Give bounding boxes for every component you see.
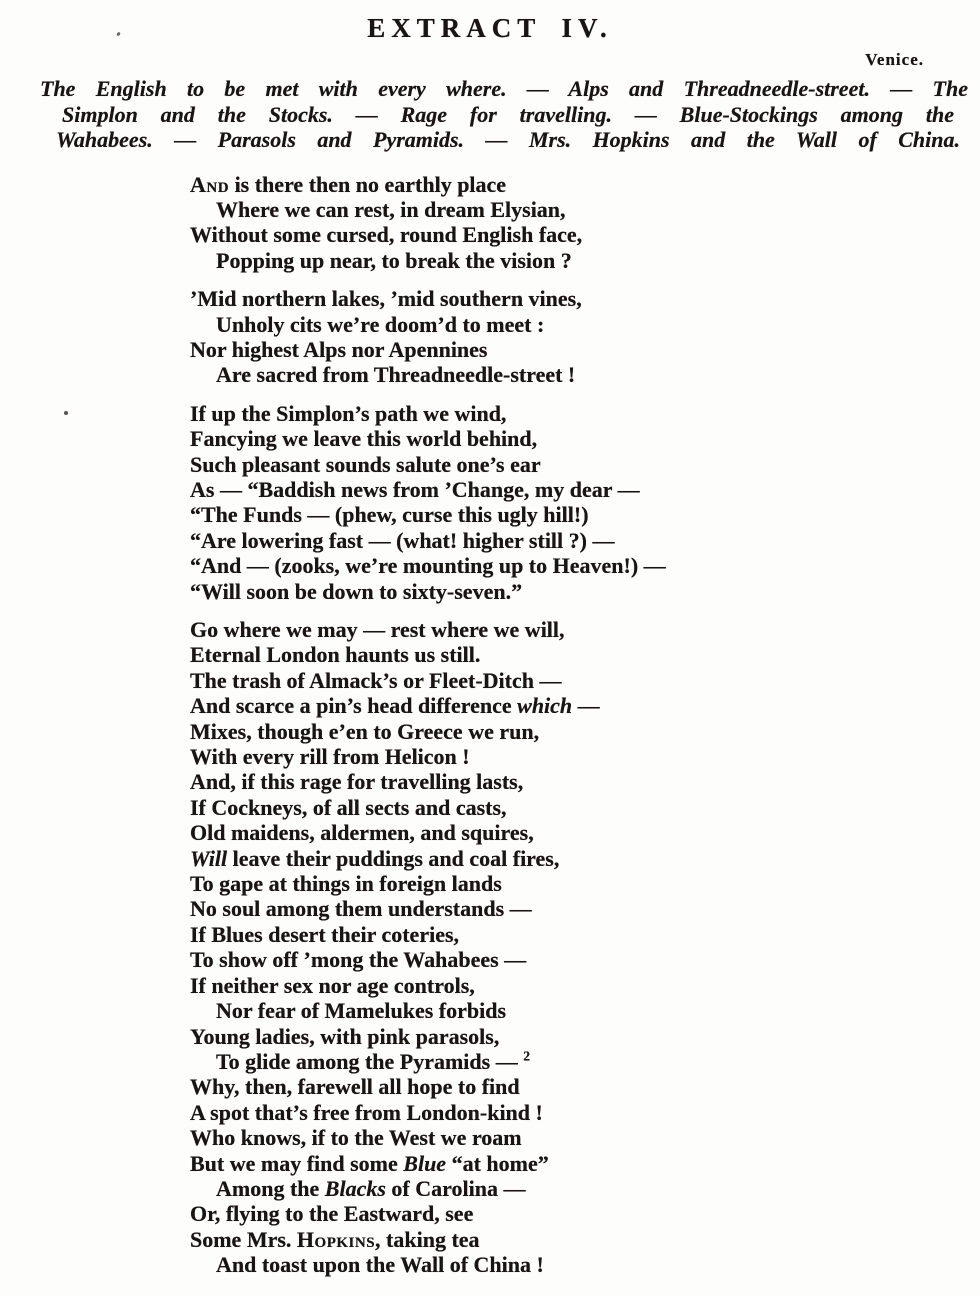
- text-run: of Carolina —: [386, 1176, 526, 1201]
- text-run: Or, flying to the Eastward, see: [190, 1201, 473, 1226]
- poem-line: To glide among the Pyramids — 2: [190, 1049, 980, 1074]
- text-run: If up the Simplon’s path we wind,: [190, 401, 506, 426]
- poem-line: If Cockneys, of all sects and casts,: [190, 795, 980, 820]
- emphasized-word: Blacks: [325, 1176, 386, 1201]
- text-run: Mixes, though e’en to Greece we run,: [190, 719, 539, 744]
- text-run: “And — (zooks, we’re mounting up to Heav…: [190, 553, 666, 578]
- poem-line: Where we can rest, in dream Elysian,: [190, 197, 980, 222]
- text-run: Nor highest Alps nor Apennines: [190, 337, 488, 362]
- text-run: , taking tea: [375, 1227, 480, 1252]
- poem-line: Popping up near, to break the vision ?: [190, 248, 980, 273]
- text-run: Nor fear of Mamelukes forbids: [216, 998, 506, 1023]
- poem-line: Young ladies, with pink parasols,: [190, 1024, 980, 1049]
- text-run: Eternal London haunts us still.: [190, 642, 480, 667]
- text-run: Old maidens, aldermen, and squires,: [190, 820, 534, 845]
- text-run: As — “Baddish news from ’Change, my dear…: [190, 477, 640, 502]
- text-run: leave their puddings and coal fires,: [227, 846, 559, 871]
- poem-line: “Are lowering fast — (what! higher still…: [190, 528, 980, 553]
- poem-line: If neither sex nor age controls,: [190, 973, 980, 998]
- text-run: And scarce a pin’s head difference: [190, 693, 517, 718]
- text-run: No soul among them understands —: [190, 896, 532, 921]
- text-run: To gape at things in foreign lands: [190, 871, 502, 896]
- poem-line: With every rill from Helicon !: [190, 744, 980, 769]
- text-run: And toast upon the Wall of China !: [216, 1252, 544, 1277]
- poem-line: If up the Simplon’s path we wind,: [190, 401, 980, 426]
- poem-line: Go where we may — rest where we will,: [190, 617, 980, 642]
- poem-line: Without some cursed, round English face,: [190, 222, 980, 247]
- poem-line: And scarce a pin’s head difference which…: [190, 693, 980, 718]
- poem-line: A spot that’s free from London-kind !: [190, 1100, 980, 1125]
- argument-line: Simplon and the Stocks. — Rage for trave…: [0, 102, 980, 128]
- text-run: But we may find some: [190, 1151, 403, 1176]
- poem-line: And, if this rage for travelling lasts,: [190, 769, 980, 794]
- poem-line: Why, then, farewell all hope to find: [190, 1074, 980, 1099]
- poem-line: Or, flying to the Eastward, see: [190, 1201, 980, 1226]
- poem-line: As — “Baddish news from ’Change, my dear…: [190, 477, 980, 502]
- poem-line: Old maidens, aldermen, and squires,: [190, 820, 980, 845]
- poem: And is there then no earthly placeWhere …: [190, 172, 980, 1278]
- poem-line: The trash of Almack’s or Fleet-Ditch —: [190, 668, 980, 693]
- text-run: Where we can rest, in dream Elysian,: [216, 197, 566, 222]
- smallcaps-word: Hopkins: [297, 1227, 375, 1252]
- ink-speck: [64, 411, 68, 415]
- text-run: “at home”: [446, 1151, 549, 1176]
- text-run: is there then no earthly place: [229, 172, 506, 197]
- poem-line: Nor fear of Mamelukes forbids: [190, 998, 980, 1023]
- poem-line: Among the Blacks of Carolina —: [190, 1176, 980, 1201]
- poem-line: Unholy cits we’re doom’d to meet :: [190, 312, 980, 337]
- text-run: If Blues desert their coteries,: [190, 922, 459, 947]
- text-run: Among the: [216, 1176, 325, 1201]
- poem-line: Fancying we leave this world behind,: [190, 426, 980, 451]
- poem-line: No soul among them understands —: [190, 896, 980, 921]
- argument-line: Wahabees. — Parasols and Pyramids. — Mrs…: [0, 127, 980, 153]
- poem-line: And toast upon the Wall of China !: [190, 1252, 980, 1277]
- text-run: —: [572, 693, 600, 718]
- poem-line: Eternal London haunts us still.: [190, 642, 980, 667]
- poem-line: Such pleasant sounds salute one’s ear: [190, 452, 980, 477]
- poem-line: Mixes, though e’en to Greece we run,: [190, 719, 980, 744]
- poem-line: “Will soon be down to sixty-seven.”: [190, 579, 980, 604]
- poem-line: ’Mid northern lakes, ’mid southern vines…: [190, 286, 980, 311]
- text-run: Are sacred from Threadneedle-street !: [216, 362, 575, 387]
- text-run: “Are lowering fast — (what! higher still…: [190, 528, 614, 553]
- text-run: Who knows, if to the West we roam: [190, 1125, 522, 1150]
- stanza: And is there then no earthly placeWhere …: [190, 172, 980, 274]
- poem-line: “The Funds — (phew, curse this ugly hill…: [190, 502, 980, 527]
- text-run: ’Mid northern lakes, ’mid southern vines…: [190, 286, 582, 311]
- text-run: With every rill from Helicon !: [190, 744, 470, 769]
- stanza: Go where we may — rest where we will,Ete…: [190, 617, 980, 1278]
- argument-summary: The English to be met with every where. …: [0, 76, 980, 153]
- scanned-book-page: EXTRACT IV. Venice. The English to be me…: [0, 0, 980, 1296]
- emphasized-word: which: [517, 693, 572, 718]
- poem-line: “And — (zooks, we’re mounting up to Heav…: [190, 553, 980, 578]
- text-run: Fancying we leave this world behind,: [190, 426, 537, 451]
- text-run: Such pleasant sounds salute one’s ear: [190, 452, 541, 477]
- page-title: EXTRACT IV.: [0, 0, 980, 43]
- poem-line: Some Mrs. Hopkins, taking tea: [190, 1227, 980, 1252]
- footnote-reference: 2: [523, 1049, 530, 1064]
- text-run: Why, then, farewell all hope to find: [190, 1074, 520, 1099]
- text-run: If Cockneys, of all sects and casts,: [190, 795, 507, 820]
- poem-line: Are sacred from Threadneedle-street !: [190, 362, 980, 387]
- text-run: If neither sex nor age controls,: [190, 973, 475, 998]
- text-run: To show off ’mong the Wahabees —: [190, 947, 526, 972]
- stanza: ’Mid northern lakes, ’mid southern vines…: [190, 286, 980, 388]
- text-run: Without some cursed, round English face,: [190, 222, 582, 247]
- text-run: A spot that’s free from London-kind !: [190, 1100, 543, 1125]
- text-run: “The Funds — (phew, curse this ugly hill…: [190, 502, 589, 527]
- text-run: Unholy cits we’re doom’d to meet :: [216, 312, 544, 337]
- text-run: Go where we may — rest where we will,: [190, 617, 565, 642]
- poem-line: And is there then no earthly place: [190, 172, 980, 197]
- stanza: If up the Simplon’s path we wind,Fancyin…: [190, 401, 980, 604]
- poem-line: But we may find some Blue “at home”: [190, 1151, 980, 1176]
- poem-line: If Blues desert their coteries,: [190, 922, 980, 947]
- poem-line: Nor highest Alps nor Apennines: [190, 337, 980, 362]
- text-run: Some Mrs.: [190, 1227, 297, 1252]
- poem-line: Will leave their puddings and coal fires…: [190, 846, 980, 871]
- text-run: The trash of Almack’s or Fleet-Ditch —: [190, 668, 562, 693]
- text-run: To glide among the Pyramids —: [216, 1049, 523, 1074]
- text-run: Popping up near, to break the vision ?: [216, 248, 572, 273]
- argument-line: The English to be met with every where. …: [0, 76, 980, 102]
- text-run: And, if this rage for travelling lasts,: [190, 769, 523, 794]
- emphasized-word: Will: [190, 846, 227, 871]
- emphasized-word: Blue: [403, 1151, 446, 1176]
- text-run: Young ladies, with pink parasols,: [190, 1024, 499, 1049]
- poem-line: To gape at things in foreign lands: [190, 871, 980, 896]
- text-run: “Will soon be down to sixty-seven.”: [190, 579, 522, 604]
- poem-line: To show off ’mong the Wahabees —: [190, 947, 980, 972]
- smallcaps-word: And: [190, 172, 229, 197]
- place-label: Venice.: [0, 50, 980, 70]
- poem-line: Who knows, if to the West we roam: [190, 1125, 980, 1150]
